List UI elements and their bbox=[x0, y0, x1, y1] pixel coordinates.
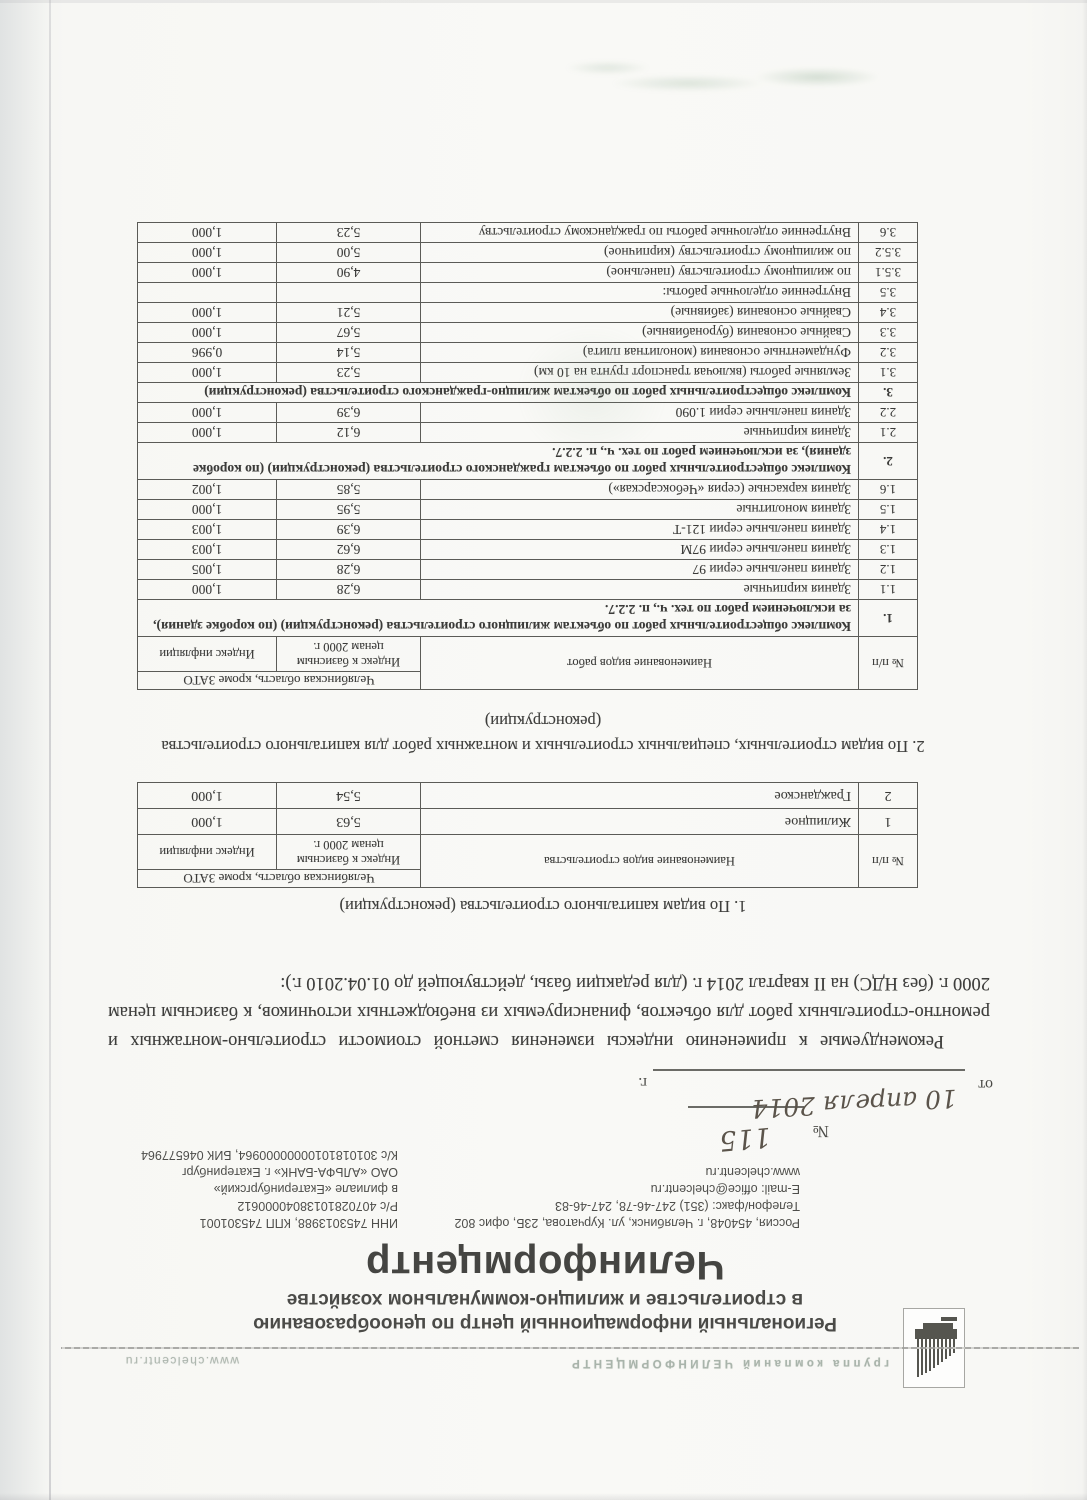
table1-col-num: № п/п bbox=[859, 835, 918, 888]
cell-inflation-value: 1,002 bbox=[138, 480, 277, 500]
table2-title: 2. По видам строительных, специальных ст… bbox=[143, 709, 943, 759]
table1-col-index: Индекс к базисным ценам 2000 г. bbox=[277, 835, 421, 870]
cell-inflation-value: 1,000 bbox=[138, 809, 277, 835]
cell-inflation-value: 0,996 bbox=[138, 343, 277, 363]
table-row: 1.1Здания кирпичные6,281,000 bbox=[138, 580, 918, 600]
table1-col-name: Наименование видов строительства bbox=[421, 835, 859, 888]
cell-name: Здания панельные серии 121-Т bbox=[421, 520, 859, 540]
cell-inflation-value: 1,000 bbox=[138, 580, 277, 600]
scan-edge-shadow-bottom bbox=[0, 1493, 1087, 1500]
cell-num: 3.5 bbox=[859, 283, 918, 303]
cell-index-value: 5,21 bbox=[277, 303, 421, 323]
scanned-letter-page: группа компаний ЧЕЛИНФОРМЦЕНТР www.chelc… bbox=[0, 0, 1087, 1500]
table-section-row: 1.Комплекс общестроительных работ по объ… bbox=[138, 600, 918, 637]
cell-num: 3.1 bbox=[859, 363, 918, 383]
ref-date-year-suffix: г. bbox=[638, 1073, 647, 1091]
table-row: 1.3Здания панельные серии 97М6,621,003 bbox=[138, 540, 918, 560]
table-row: 3.5.2по жилищному строительству (кирпичн… bbox=[138, 243, 918, 263]
cell-index-value bbox=[277, 283, 421, 303]
table2-col-inflation: Индекс инфляции bbox=[138, 637, 277, 672]
scan-edge-shadow-left bbox=[0, 0, 48, 1500]
bank-details-block: ИНН 7453013988, КПП 745301001 Р/с 407028… bbox=[141, 1146, 398, 1231]
table2-col-index: Индекс к базисным ценам 2000 г. bbox=[277, 637, 421, 672]
cell-index-value: 5,54 bbox=[277, 783, 421, 809]
cell-name: Здания панельные серии 97М bbox=[421, 540, 859, 560]
cell-section-name: Комплекс общестроительных работ по объек… bbox=[138, 600, 859, 637]
table2-col-group: Челябинская область, кроме ЗАТО bbox=[138, 672, 421, 690]
cell-num: 1 bbox=[859, 809, 918, 835]
cell-num: 1.1 bbox=[859, 580, 918, 600]
ink-bleed-smudge bbox=[477, 285, 707, 500]
inn-kpp-line: ИНН 7453013988, КПП 745301001 bbox=[141, 1214, 398, 1231]
letterhead-rule bbox=[61, 1347, 1079, 1349]
cell-num: 2.2 bbox=[859, 403, 918, 423]
cell-num: 2.1 bbox=[859, 423, 918, 443]
cell-inflation-value: 1,000 bbox=[138, 263, 277, 283]
cell-num: 1.3 bbox=[859, 540, 918, 560]
cell-num: 1.5 bbox=[859, 500, 918, 520]
table-row: 1.2Здания панельные серии 976,281,005 bbox=[138, 560, 918, 580]
cell-num: 3.3 bbox=[859, 323, 918, 343]
table-row: 3.5.1по жилищному строительству (панельн… bbox=[138, 263, 918, 283]
org-description-line1: Региональный информационный центр по цен… bbox=[23, 1312, 1067, 1334]
ref-date-label: от bbox=[978, 1075, 993, 1093]
cell-inflation-value: 1,000 bbox=[138, 403, 277, 423]
cell-index-value: 5,23 bbox=[277, 363, 421, 383]
cell-name: Внутренние отделочные работы по гражданс… bbox=[421, 223, 859, 243]
table-row: 2Гражданское5,541,000 bbox=[138, 783, 918, 809]
cell-inflation-value: 1,000 bbox=[138, 303, 277, 323]
address-line: Россия, 454048, г. Челябинск, ул. Курчат… bbox=[455, 1214, 800, 1231]
ref-date-handwritten: 10 апреля 2014 bbox=[751, 1084, 958, 1124]
table2-header-row1: № п/п Наименование видов работ Челябинск… bbox=[138, 672, 918, 690]
cell-index-value: 5,23 bbox=[277, 223, 421, 243]
cell-inflation-value: 1,003 bbox=[138, 520, 277, 540]
cell-index-value: 4,90 bbox=[277, 263, 421, 283]
cell-num: 3.4 bbox=[859, 303, 918, 323]
cell-num: 3. bbox=[859, 383, 918, 403]
bank-name-line: ОАО «АЛЬФА-БАНК» г. Екатеринбург bbox=[141, 1163, 398, 1180]
cell-index-value: 6,62 bbox=[277, 540, 421, 560]
cell-inflation-value: 1,003 bbox=[138, 540, 277, 560]
cell-index-value: 6,28 bbox=[277, 560, 421, 580]
cell-name: Здания панельные серии 97 bbox=[421, 560, 859, 580]
cell-inflation-value: 1,000 bbox=[138, 783, 277, 809]
org-brand-name: Челинформцентр bbox=[23, 1242, 1067, 1287]
cell-index-value: 5,63 bbox=[277, 809, 421, 835]
cell-inflation-value bbox=[138, 283, 277, 303]
body-paragraph: Рекомендуемые к применению индексы измен… bbox=[108, 968, 990, 1055]
account-line: Р/с 40702810138040000612 bbox=[141, 1197, 398, 1214]
cell-name: Здания кирпичные bbox=[421, 580, 859, 600]
table-row: 1Жилищное5,631,000 bbox=[138, 809, 918, 835]
cell-name: Гражданское bbox=[421, 783, 859, 809]
group-of-companies-label: группа компаний ЧЕЛИНФОРМЦЕНТР bbox=[569, 1357, 889, 1369]
cell-index-value: 5,85 bbox=[277, 480, 421, 500]
cell-inflation-value: 1,005 bbox=[138, 560, 277, 580]
cell-num: 3.5.1 bbox=[859, 263, 918, 283]
cell-index-value: 6,28 bbox=[277, 580, 421, 600]
org-description-line2: в строительстве и жилищно-коммунальном х… bbox=[23, 1288, 1067, 1310]
scan-edge-shadow-right bbox=[1082, 0, 1087, 1500]
scan-edge-shadow-top bbox=[0, 0, 1087, 3]
email-line: E-mail: office@chelcentr.ru bbox=[455, 1180, 800, 1197]
cell-num: 1.6 bbox=[859, 480, 918, 500]
cell-num: 2 bbox=[859, 783, 918, 809]
cell-num: 1.2 bbox=[859, 560, 918, 580]
branch-line: в филиале «Екатеринбургский» bbox=[141, 1180, 398, 1197]
table-row: 1.4Здания панельные серии 121-Т6,391,003 bbox=[138, 520, 918, 540]
cell-inflation-value: 1,000 bbox=[138, 363, 277, 383]
cell-inflation-value: 1,000 bbox=[138, 323, 277, 343]
table-capital-construction-indexes: № п/п Наименование видов строительства Ч… bbox=[137, 782, 918, 888]
corr-account-line: К/с 30101810100000000964, БИК 046577964 bbox=[141, 1146, 398, 1163]
ref-number-handwritten: 115 bbox=[689, 1118, 801, 1158]
table2-col-num: № п/п bbox=[859, 637, 918, 690]
cell-num: 1. bbox=[859, 600, 918, 637]
cell-name: Здания монолитные bbox=[421, 500, 859, 520]
cell-inflation-value: 1,000 bbox=[138, 500, 277, 520]
cell-name: по жилищному строительству (кирпичное) bbox=[421, 243, 859, 263]
cell-index-value: 5,95 bbox=[277, 500, 421, 520]
table1-col-inflation: Индекс инфляции bbox=[138, 835, 277, 870]
cell-inflation-value: 1,000 bbox=[138, 423, 277, 443]
table-row: 3.6Внутренние отделочные работы по гражд… bbox=[138, 223, 918, 243]
contact-address-block: Россия, 454048, г. Челябинск, ул. Курчат… bbox=[455, 1163, 800, 1231]
ink-bleed-smudge bbox=[555, 43, 905, 105]
cell-index-value: 6,12 bbox=[277, 423, 421, 443]
cell-num: 2. bbox=[859, 443, 918, 480]
cell-index-value: 6,39 bbox=[277, 520, 421, 540]
cell-num: 3.5.2 bbox=[859, 243, 918, 263]
cell-name: по жилищному строительству (панельное) bbox=[421, 263, 859, 283]
cell-index-value: 5,00 bbox=[277, 243, 421, 263]
cell-index-value: 6,39 bbox=[277, 403, 421, 423]
letterhead-website: www.chelcentr.ru bbox=[124, 1354, 239, 1368]
ref-number-label: № bbox=[813, 1121, 829, 1141]
cell-inflation-value: 1,000 bbox=[138, 223, 277, 243]
table1-title: 1. По видам капитального строительства (… bbox=[143, 894, 943, 919]
paper-fold-line bbox=[49, 0, 51, 1500]
website-line: www.chelcentr.ru bbox=[455, 1163, 800, 1180]
cell-index-value: 5,14 bbox=[277, 343, 421, 363]
phone-line: Телефон/факс: (351) 247-46-78, 247-46-83 bbox=[455, 1197, 800, 1214]
cell-num: 1.4 bbox=[859, 520, 918, 540]
table-row: 1.5Здания монолитные5,951,000 bbox=[138, 500, 918, 520]
cell-num: 3.6 bbox=[859, 223, 918, 243]
cell-index-value: 5,67 bbox=[277, 323, 421, 343]
table1-col-group: Челябинская область, кроме ЗАТО bbox=[138, 870, 421, 888]
cell-name: Жилищное bbox=[421, 809, 859, 835]
table2-col-name: Наименование видов работ bbox=[421, 637, 859, 690]
cell-num: 3.2 bbox=[859, 343, 918, 363]
cell-inflation-value: 1,000 bbox=[138, 243, 277, 263]
ref-date-underline bbox=[653, 1069, 965, 1071]
document-sheet-rotated-180: группа компаний ЧЕЛИНФОРМЦЕНТР www.chelc… bbox=[0, 0, 1087, 1500]
table1-header-row1: № п/п Наименование видов строительства Ч… bbox=[138, 870, 918, 888]
